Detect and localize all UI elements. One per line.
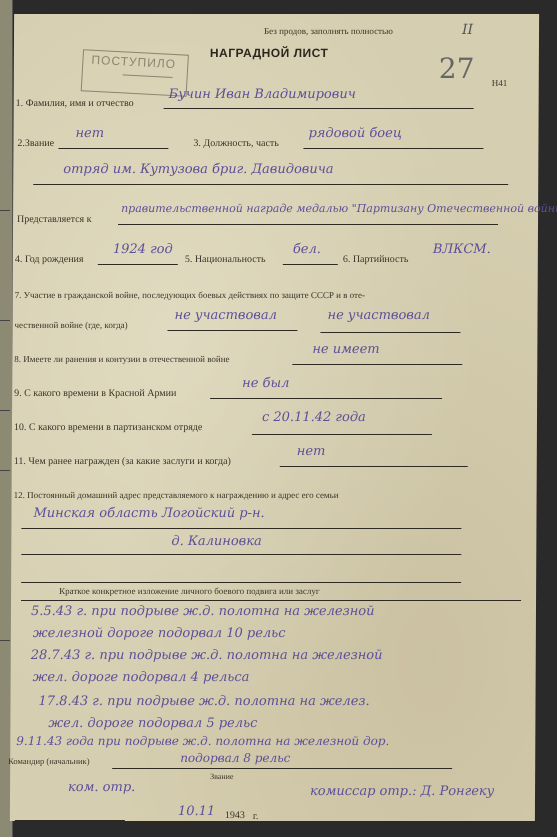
feat-line-1: 5.5.43 г. при подрыве ж.д. полотна на же…: [31, 604, 375, 619]
corner-number: 27: [439, 52, 475, 85]
field-12-line: [21, 528, 461, 529]
field-6-label: 6. Партийность: [343, 254, 409, 265]
feat-heading-line: [21, 600, 521, 601]
page-title: НАГРАДНОЙ ЛИСТ: [210, 46, 329, 60]
field-2-line: [58, 148, 168, 149]
field-8-line: [292, 364, 462, 365]
field-7-line: [167, 330, 297, 331]
date-line: [132, 822, 220, 823]
binding-mark: [0, 320, 10, 321]
field-3-line2: [33, 184, 508, 185]
year-suffix: г.: [253, 811, 259, 822]
field-1-line: [164, 108, 474, 109]
field-7-value: не участвовал: [174, 308, 276, 323]
field-2-value: нет: [75, 126, 104, 141]
field-11-line: [280, 466, 468, 467]
field-2-label: 2.Звание: [17, 138, 54, 149]
feat-line-7: 9.11.43 года при подрыве ж.д. полотна на…: [16, 734, 389, 748]
commander-line: [112, 768, 452, 769]
field-3-value: рядовой боец: [308, 126, 402, 141]
field-7-line2: [320, 332, 460, 333]
field-3-label: 3. Должность, часть: [193, 138, 278, 149]
commander-label: Командир (начальник): [8, 756, 89, 766]
header-note: Без продов, заполнять полностью: [264, 26, 393, 36]
field-12-label: 12. Постоянный домашний адрес представля…: [14, 490, 339, 500]
nomination-label: Представляется к: [17, 214, 92, 225]
field-10-label: 10. С какого времени в партизанском отря…: [14, 422, 202, 433]
feat-line-3: 28.7.43 г. при подрыве ж.д. полотна на ж…: [31, 648, 383, 663]
field-6-value: ВЛКСМ.: [433, 242, 491, 257]
field-1-value: Бучин Иван Владимирович: [169, 87, 356, 102]
year: 1943: [225, 810, 245, 821]
award-sheet: Без продов, заполнять полностью НАГРАДНО…: [10, 14, 539, 821]
signature-line: [15, 820, 125, 821]
rank-label: Звание: [210, 772, 233, 781]
field-10-line: [252, 434, 432, 435]
corner-roman-mark: II: [462, 22, 473, 38]
field-11-label: 11. Чем ранее награжден (за какие заслуг…: [14, 456, 231, 467]
feat-line-6: жел. дороге подорвал 5 рельс: [48, 716, 257, 731]
field-10-value: с 20.11.42 года: [262, 410, 366, 425]
feat-line-4: жел. дороге подорвал 4 рельса: [33, 670, 250, 685]
feat-line-2: железной дороге подорвал 10 рельс: [33, 626, 286, 641]
field-7-label-line2: чественной войне (где, когда): [14, 320, 127, 330]
field-9-line: [210, 398, 442, 399]
commissar-signature: комиссар отр.: Д. Ронгеку: [310, 784, 494, 799]
corner-small-mark: Н41: [492, 78, 508, 88]
field-8-value: не имеет: [312, 342, 379, 357]
binding-mark: [0, 640, 10, 641]
field-7-label: 7. Участие в гражданской войне, последую…: [15, 290, 365, 300]
commander-signature: ком. отр.: [68, 780, 135, 795]
field-12-value-line2: д. Калиновка: [171, 534, 262, 549]
field-5-line: [283, 264, 338, 265]
field-11-value: нет: [297, 444, 326, 459]
field-4-value: 1924 год: [113, 242, 173, 257]
field-12-line3: [21, 582, 461, 583]
feat-heading: Краткое конкретное изложение личного бое…: [59, 586, 320, 596]
nomination-value: правительственной награде медалью "Парти…: [121, 202, 557, 215]
field-9-value: не был: [242, 376, 289, 391]
feat-line-5: 17.8.43 г. при подрыве ж.д. полотна на ж…: [38, 694, 369, 709]
binding-mark: [0, 210, 10, 211]
feat-line-8: подорвал 8 рельс: [180, 751, 290, 765]
field-12-line2: [21, 554, 461, 555]
binding-mark: [0, 410, 10, 411]
field-7-value2: не участвовал: [327, 308, 429, 323]
date-value: 10.11: [178, 804, 215, 819]
field-3-line: [303, 148, 483, 149]
field-9-label: 9. С какого времени в Красной Армии: [14, 388, 176, 399]
field-12-value: Минская область Логойский р-н.: [33, 506, 264, 521]
field-5-label: 5. Национальность: [185, 254, 266, 265]
field-8-label: 8. Имеете ли ранения и контузии в отечес…: [14, 354, 229, 364]
field-4-line: [98, 264, 178, 265]
nomination-line: [118, 224, 498, 225]
field-3-value-line2: отряд им. Кутузова бриг. Давидовича: [63, 162, 333, 177]
field-1-label: 1. Фамилия, имя и отчество: [16, 98, 134, 109]
binding-mark: [0, 470, 10, 471]
field-4-label: 4. Год рождения: [15, 254, 84, 265]
field-5-value: бел.: [293, 242, 321, 257]
